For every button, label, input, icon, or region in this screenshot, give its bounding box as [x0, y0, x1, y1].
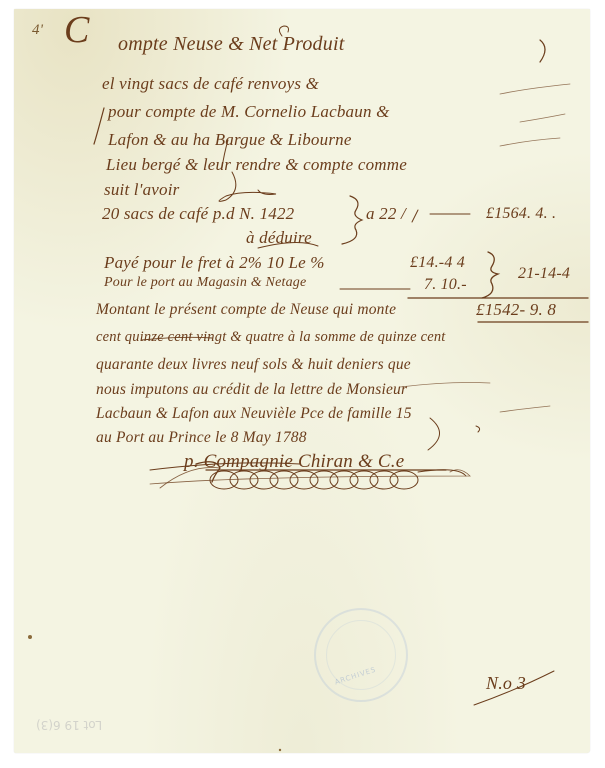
entry-note: à déduire [246, 229, 312, 246]
text-line: quarante deux livres neuf sols & huit de… [96, 357, 411, 373]
text-line: Lieu bergé & leur rendre & compte comme [106, 156, 407, 173]
entry-amount: £1564. 4. . [486, 205, 556, 223]
bleed-through-mark: Lot 19 6(3) [36, 718, 102, 732]
deduction-text: Pour le port au Magasin & Netage [104, 276, 306, 290]
net-amount: £1542- 9. 8 [476, 300, 556, 320]
archive-stamp: ARCHIVES [314, 608, 408, 702]
bottom-number-mark: N.o 3 [486, 674, 526, 692]
entry-description: 20 sacs de café p.d N. 1422 [102, 205, 294, 222]
net-text: Montant le présent compte de Neuse qui m… [96, 302, 396, 318]
text-line: cent quinze cent vingt & quatre à la som… [96, 330, 446, 345]
date-line: au Port au Prince le 8 May 1788 [96, 430, 307, 446]
deduction-amount: 7. 10.- [424, 276, 467, 294]
text-line: nous imputons au crédit de la lettre de … [96, 382, 407, 398]
deduction-text: Payé pour le fret à 2% 10 Le % [104, 254, 325, 271]
deduction-amount: £14.-4 4 [410, 254, 465, 272]
entry-rate: a 22 / [366, 205, 406, 222]
title-line: ompte Neuse & Net Produit [118, 34, 344, 54]
text-line: el vingt sacs de café renvoys & [102, 75, 319, 92]
text-line: pour compte de M. Cornelio Lacbaun & [108, 103, 390, 120]
title-initial: C [64, 8, 89, 52]
text-line: Lacbaun & Lafon aux Neuvièle Pce de fami… [96, 406, 412, 422]
folio-number: 4' [32, 22, 43, 39]
signature-text: p. Compagnie Chiran & C.e [184, 452, 404, 471]
text-line: Lafon & au ha Bargue & Libourne [108, 131, 352, 148]
deductions-total: 21-14-4 [518, 265, 570, 283]
text-line: suit l'avoir [104, 181, 179, 198]
